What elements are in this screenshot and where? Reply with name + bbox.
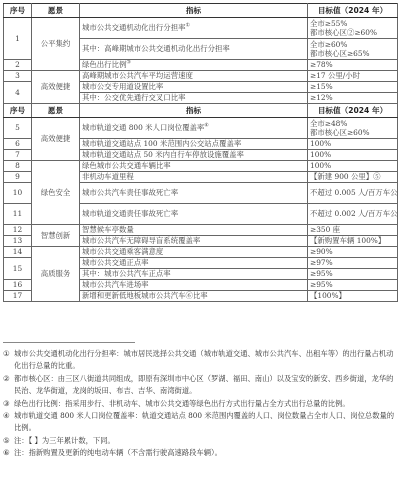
indicator-cell: 城市轨道交通站点 100 米范围内公交站点覆盖率 xyxy=(80,139,308,150)
row-number: 8 xyxy=(4,161,32,172)
table-header-row: 序号 愿景 指标 目标值（2024 年） xyxy=(4,4,398,18)
target-cell: 100% xyxy=(308,150,398,161)
target-cell: 100% xyxy=(308,161,398,172)
indicator-cell: 城市公共汽车无障碍导盲系统覆盖率 xyxy=(80,236,308,247)
indicator-cell: 绿色城市公共交通车辆比率 xyxy=(80,161,308,172)
row-number: 7 xyxy=(4,150,32,161)
target-cell: 100% xyxy=(308,139,398,150)
indicator-cell: 非机动车道里程 xyxy=(80,172,308,183)
target-cell: ≥15% xyxy=(308,82,398,93)
indicator-cell: 其中：城市公共汽车正点率 xyxy=(80,269,308,280)
target-cell: ≥350 座 xyxy=(308,225,398,236)
row-number: 16 xyxy=(4,280,32,291)
target-cell: 【新建 900 公里】⑤ xyxy=(308,172,398,183)
vision-cell: 公平集约 xyxy=(32,18,80,71)
table-row: 1 公平集约 城市公共交通机动化出行分担率① 全市≥55%都市核心区②≥60% xyxy=(4,18,398,39)
target-cell: ≥90% xyxy=(308,247,398,258)
target-cell: ≥17 公里/小时 xyxy=(308,71,398,82)
indicator-cell: 城市公共交通正点率 xyxy=(80,258,308,269)
row-number: 5 xyxy=(4,118,32,139)
header-vision: 愿景 xyxy=(32,104,80,118)
target-cell: ≥95% xyxy=(308,269,398,280)
target-cell: 全市≥60%都市核心区≥65% xyxy=(308,39,398,60)
row-number: 12 xyxy=(4,225,32,236)
indicator-cell: 城市轨道交通站点 50 米内自行车停放设施覆盖率 xyxy=(80,150,308,161)
table-row: 3 高效便捷 高峰期城市公共汽车平均运营速度 ≥17 公里/小时 xyxy=(4,71,398,82)
row-number: 9 xyxy=(4,172,32,183)
vision-cell: 高质服务 xyxy=(32,247,80,302)
footnote-4: ④城市轨道交通 800 米人口岗位覆盖率：轨道交通站点 800 米范围内覆盖的人… xyxy=(3,410,397,435)
footnote-separator xyxy=(3,342,135,343)
indicator-cell: 高峰期城市公共汽车平均运营速度 xyxy=(80,71,308,82)
indicator-cell: 城市公共汽车责任事故死亡率 xyxy=(80,183,308,204)
row-number: 13 xyxy=(4,236,32,247)
footnote-5: ⑤注：【 】为三年累计数，下同。 xyxy=(3,435,397,447)
indicator-cell: 绿色出行比例③ xyxy=(80,60,308,71)
row-number: 1 xyxy=(4,18,32,60)
target-cell: ≥97% xyxy=(308,258,398,269)
row-number: 15 xyxy=(4,258,32,280)
indicator-cell: 城市轨道交通责任事故死亡率 xyxy=(80,204,308,225)
header-indicator: 指标 xyxy=(80,4,308,18)
target-cell: 【100%】 xyxy=(308,291,398,302)
header-seq: 序号 xyxy=(4,4,32,18)
vision-cell: 绿色安全 xyxy=(32,161,80,225)
row-number: 17 xyxy=(4,291,32,302)
row-number: 6 xyxy=(4,139,32,150)
target-cell: 不超过 0.002 人/百万车公里 xyxy=(308,204,398,225)
indicator-cell: 城市公共汽车进场率 xyxy=(80,280,308,291)
vision-cell: 高效便捷 xyxy=(32,71,80,104)
indicator-cell: 城市公共交通机动化出行分担率① xyxy=(80,18,308,39)
target-cell: ≥12% xyxy=(308,93,398,104)
header-vision: 愿景 xyxy=(32,4,80,18)
indicator-table: 序号 愿景 指标 目标值（2024 年） 1 公平集约 城市公共交通机动化出行分… xyxy=(3,3,398,302)
header-target: 目标值（2024 年） xyxy=(308,4,398,18)
indicator-cell: 城市公交专用道设置比率 xyxy=(80,82,308,93)
table-row: 14 高质服务 城市公共交通乘客满意度 ≥90% xyxy=(4,247,398,258)
indicator-cell: 新增和更新低地板城市公共汽车⑥比率 xyxy=(80,291,308,302)
table-row: 5 高效便捷 城市轨道交通 800 米人口岗位覆盖率④ 全市≥48%都市核心区≥… xyxy=(4,118,398,139)
indicator-cell: 城市轨道交通 800 米人口岗位覆盖率④ xyxy=(80,118,308,139)
header-target: 目标值（2024 年） xyxy=(308,104,398,118)
header-seq: 序号 xyxy=(4,104,32,118)
target-cell: 全市≥48%都市核心区≥60% xyxy=(308,118,398,139)
vision-cell: 智慧创新 xyxy=(32,225,80,247)
table-header-row-repeat: 序号 愿景 指标 目标值（2024 年） xyxy=(4,104,398,118)
footnote-3: ③绿色出行比例：指采用步行、非机动车、城市公共交通等绿色出行方式出行量占全方式出… xyxy=(3,398,397,410)
indicator-cell: 城市公共交通乘客满意度 xyxy=(80,247,308,258)
indicator-cell: 其中：高峰期城市公共交通机动化出行分担率 xyxy=(80,39,308,60)
row-number: 4 xyxy=(4,82,32,104)
row-number: 2 xyxy=(4,60,32,71)
table-row: 12 智慧创新 智慧候车亭数量 ≥350 座 xyxy=(4,225,398,236)
target-cell: ≥78% xyxy=(308,60,398,71)
row-number: 14 xyxy=(4,247,32,258)
target-cell: 全市≥55%都市核心区②≥60% xyxy=(308,18,398,39)
footnote-1: ①城市公共交通机动化出行分担率：城市居民选择公共交通（城市轨道交通、城市公共汽车… xyxy=(3,348,397,373)
table-row: 8 绿色安全 绿色城市公共交通车辆比率 100% xyxy=(4,161,398,172)
row-number: 11 xyxy=(4,204,32,225)
footnote-6: ⑥注：指新购置及更新的纯电动车辆（不含需行驶高速路段车辆）。 xyxy=(3,447,397,459)
target-cell: ≥95% xyxy=(308,280,398,291)
header-indicator: 指标 xyxy=(80,104,308,118)
footnote-2: ②都市核心区：由三区八街道共同组成，即原有深圳市中心区（罗湖、福田、南山）以及宝… xyxy=(3,373,397,398)
target-cell: 【新购置车辆 100%】 xyxy=(308,236,398,247)
row-number: 3 xyxy=(4,71,32,82)
footnotes: ①城市公共交通机动化出行分担率：城市居民选择公共交通（城市轨道交通、城市公共汽车… xyxy=(3,348,397,460)
target-cell: 不超过 0.005 人/百万车公里 xyxy=(308,183,398,204)
row-number: 10 xyxy=(4,183,32,204)
indicator-cell: 智慧候车亭数量 xyxy=(80,225,308,236)
vision-cell: 高效便捷 xyxy=(32,118,80,161)
indicator-cell: 其中：公交优先通行交叉口比率 xyxy=(80,93,308,104)
